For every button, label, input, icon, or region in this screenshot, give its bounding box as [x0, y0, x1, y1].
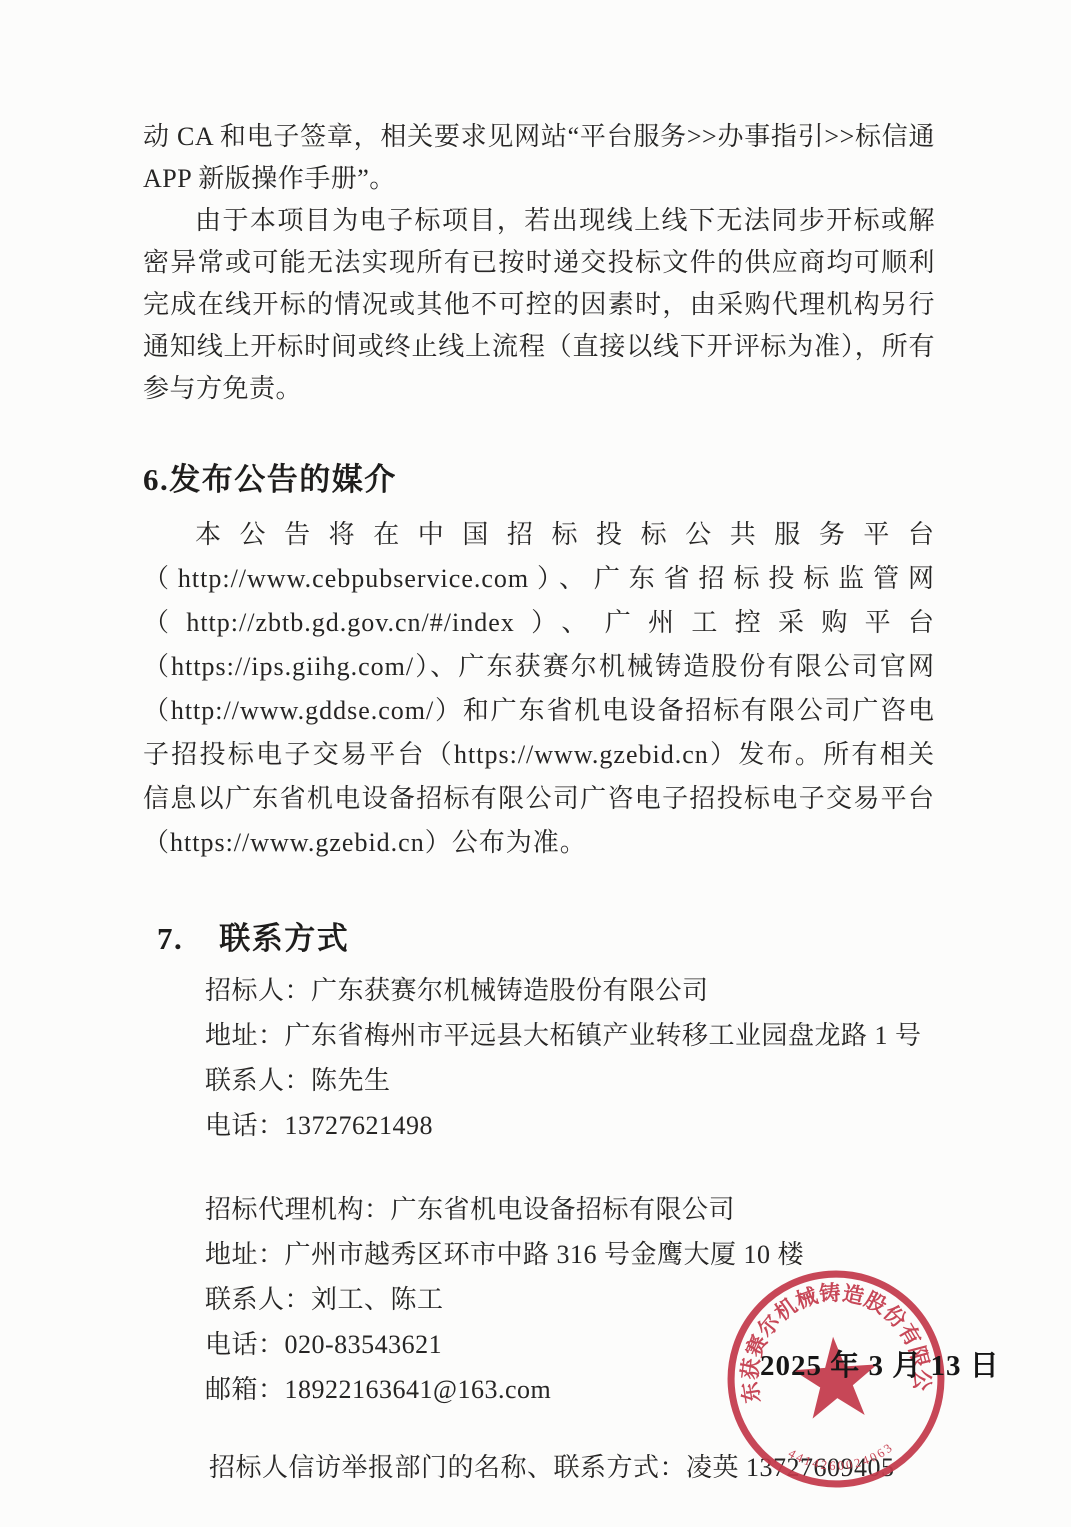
spacer — [143, 1148, 935, 1187]
agency-name-line: 招标代理机构：广东省机电设备招标有限公司 — [205, 1187, 935, 1232]
tenderer-name-line: 招标人：广东获赛尔机械铸造股份有限公司 — [205, 968, 935, 1013]
section7-number: 7. — [157, 921, 183, 956]
tenderer-contact-block: 招标人：广东获赛尔机械铸造股份有限公司 地址：广东省梅州市平远县大柘镇产业转移工… — [205, 968, 935, 1148]
document-page: 动 CA 和电子签章，相关要求见网站“平台服务>>办事指引>>标信通 APP 新… — [0, 0, 1071, 1527]
paragraph-ca-signature: 动 CA 和电子签章，相关要求见网站“平台服务>>办事指引>>标信通 APP 新… — [143, 116, 935, 200]
announcement-date: 2025 年 3 月 13 日 — [760, 1343, 1000, 1384]
section6-heading: 6.发布公告的媒介 — [143, 454, 935, 499]
tenderer-contact-line: 联系人：陈先生 — [205, 1058, 935, 1103]
section6-body: 本公告将在中国招标投标公共服务平台（http://www.cebpubservi… — [143, 513, 935, 865]
paragraph-etender-disclaimer: 由于本项目为电子标项目，若出现线上线下无法同步开标或解密异常或可能无法实现所有已… — [143, 200, 935, 410]
section7-title: 联系方式 — [219, 921, 349, 956]
tenderer-address-line: 地址：广东省梅州市平远县大柘镇产业转移工业园盘龙路 1 号 — [205, 1013, 935, 1058]
section7-heading: 7.联系方式 — [143, 913, 935, 958]
tenderer-phone-line: 电话：13727621498 — [205, 1103, 935, 1148]
